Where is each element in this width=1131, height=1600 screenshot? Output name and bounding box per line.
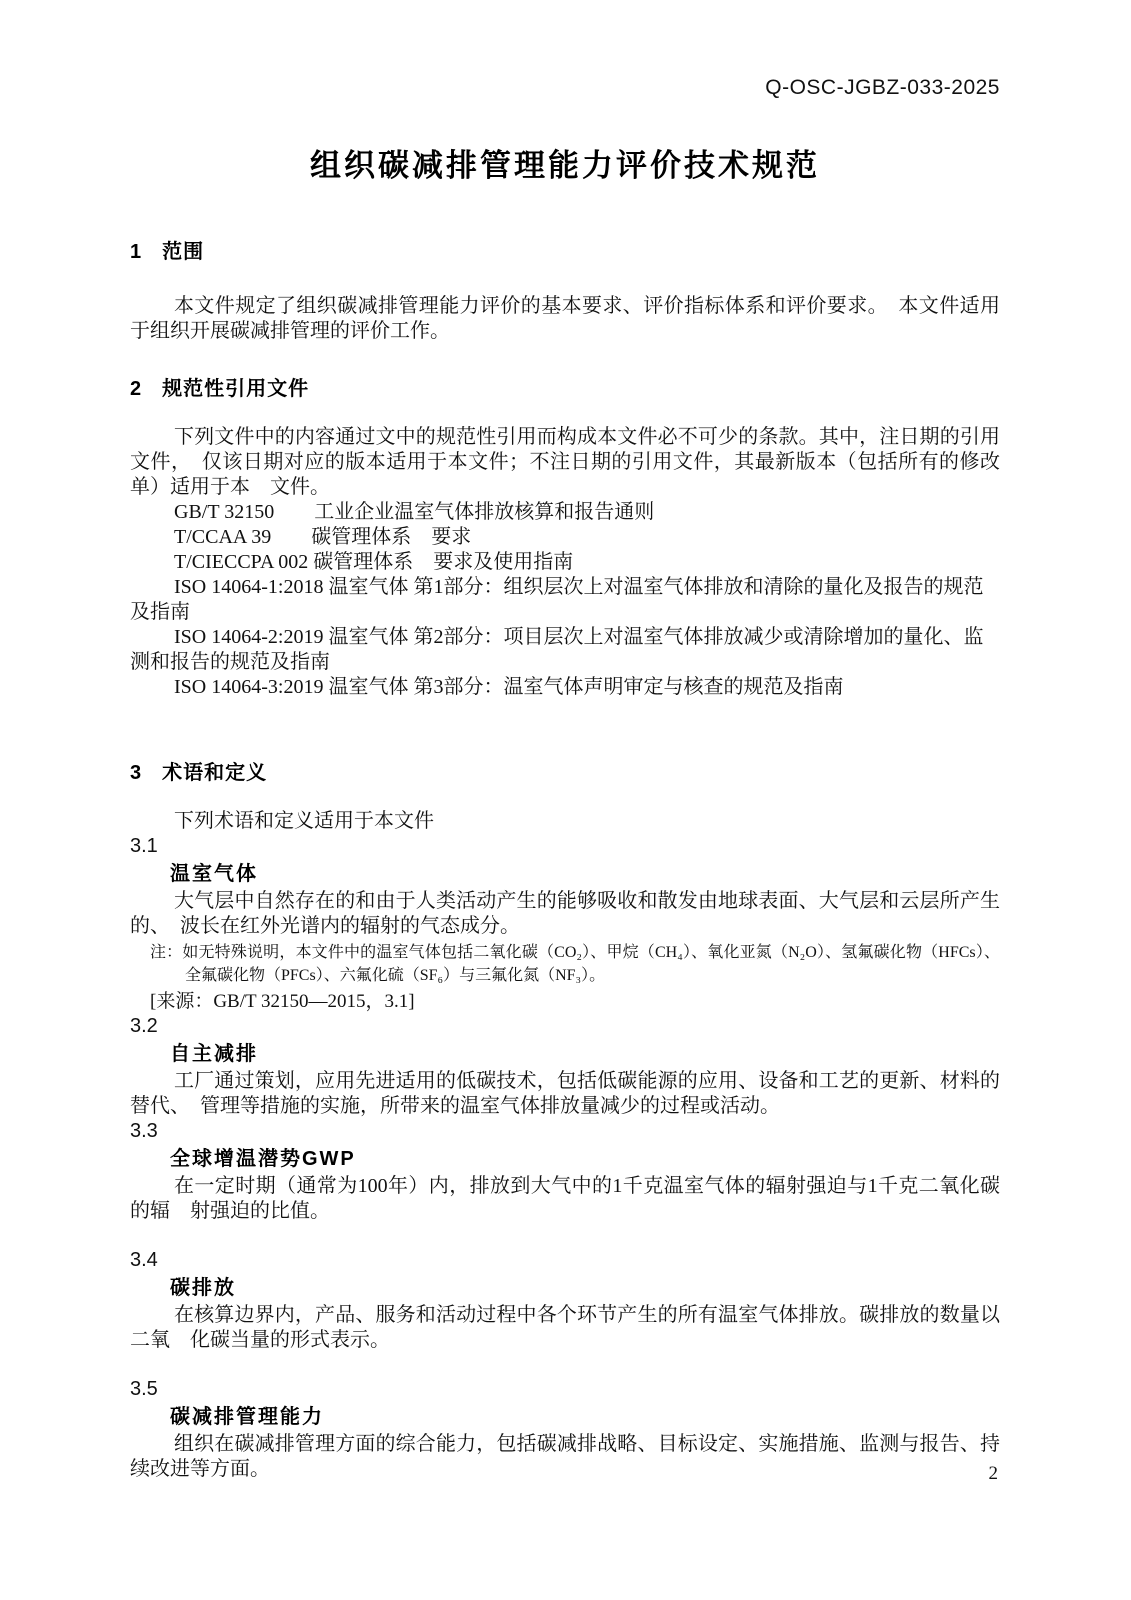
reference-item: ISO 14064-3:2019 温室气体 第3部分：温室气体声明审定与核查的规…	[130, 675, 1000, 700]
term-name: 自主减排	[130, 1042, 1000, 1067]
term-name: 碳减排管理能力	[130, 1405, 1000, 1430]
term-number: 3.4	[130, 1248, 1000, 1273]
reference-item: T/CCAA 39 碳管理体系 要求	[130, 525, 1000, 550]
term-name: 碳排放	[130, 1276, 1000, 1301]
reference-item: ISO 14064-2:2019 温室气体 第2部分：项目层次上对温室气体排放减…	[130, 625, 1000, 675]
section-3-intro: 下列术语和定义适用于本文件	[130, 809, 1000, 834]
term-block-3-1: 3.1 温室气体 大气层中自然存在的和由于人类活动产生的能够吸收和散发由地球表面…	[130, 834, 1000, 1014]
term-name: 全球增温潜势GWP	[130, 1147, 1000, 1172]
section-2-title: 规范性引用文件	[162, 378, 309, 400]
section-2-intro: 下列文件中的内容通过文中的规范性引用而构成本文件必不可少的条款。其中，注日期的引…	[130, 425, 1000, 500]
term-definition: 工厂通过策划，应用先进适用的低碳技术，包括低碳能源的应用、设备和工艺的更新、材料…	[130, 1069, 1000, 1119]
reference-item: ISO 14064-1:2018 温室气体 第1部分：组织层次上对温室气体排放和…	[130, 575, 1000, 625]
term-definition: 在核算边界内，产品、服务和活动过程中各个环节产生的所有温室气体排放。碳排放的数量…	[130, 1303, 1000, 1353]
term-block-3-2: 3.2 自主减排 工厂通过策划，应用先进适用的低碳技术，包括低碳能源的应用、设备…	[130, 1014, 1000, 1119]
term-name: 温室气体	[130, 862, 1000, 887]
terms-list: 3.1 温室气体 大气层中自然存在的和由于人类活动产生的能够吸收和散发由地球表面…	[130, 834, 1000, 1482]
term-note: 注：如无特殊说明，本文件中的温室气体包括二氧化碳（CO₂）、甲烷（CH₄）、氧化…	[130, 941, 1000, 987]
section-2-heading: 2规范性引用文件	[130, 372, 1000, 401]
reference-item: GB/T 32150 工业企业温室气体排放核算和报告通则	[130, 500, 1000, 525]
term-number: 3.3	[130, 1119, 1000, 1144]
section-2-number: 2	[130, 378, 142, 400]
term-definition: 组织在碳减排管理方面的综合能力，包括碳减排战略、目标设定、实施措施、监测与报告、…	[130, 1432, 1000, 1482]
section-3-number: 3	[130, 762, 142, 784]
term-source: [来源：GB/T 32150—2015，3.1]	[130, 989, 1000, 1014]
document-title: 组织碳减排管理能力评价技术规范	[130, 140, 1000, 185]
term-definition: 大气层中自然存在的和由于人类活动产生的能够吸收和散发由地球表面、大气层和云层所产…	[130, 889, 1000, 939]
section-1-paragraph: 本文件规定了组织碳减排管理能力评价的基本要求、评价指标体系和评价要求。 本文件适…	[130, 294, 1000, 344]
section-1-heading: 1范围	[130, 235, 1000, 264]
term-block-3-5: 3.5 碳减排管理能力 组织在碳减排管理方面的综合能力，包括碳减排战略、目标设定…	[130, 1377, 1000, 1482]
term-definition: 在一定时期（通常为100年）内，排放到大气中的1千克温室气体的辐射强迫与1千克二…	[130, 1174, 1000, 1224]
section-3-heading: 3术语和定义	[130, 756, 1000, 785]
doc-number: Q-OSC-JGBZ-033-2025	[130, 0, 1000, 100]
term-block-3-4: 3.4 碳排放 在核算边界内，产品、服务和活动过程中各个环节产生的所有温室气体排…	[130, 1248, 1000, 1353]
term-number: 3.5	[130, 1377, 1000, 1402]
term-number: 3.1	[130, 834, 1000, 859]
term-block-3-3: 3.3 全球增温潜势GWP 在一定时期（通常为100年）内，排放到大气中的1千克…	[130, 1119, 1000, 1224]
reference-item: T/CIECCPA 002 碳管理体系 要求及使用指南	[130, 550, 1000, 575]
page-number: 2	[989, 1463, 999, 1485]
section-1-number: 1	[130, 241, 142, 263]
section-1-title: 范围	[162, 241, 204, 263]
section-3-title: 术语和定义	[162, 762, 267, 784]
term-number: 3.2	[130, 1014, 1000, 1039]
document-page: Q-OSC-JGBZ-033-2025 组织碳减排管理能力评价技术规范 1范围 …	[0, 0, 1131, 1600]
